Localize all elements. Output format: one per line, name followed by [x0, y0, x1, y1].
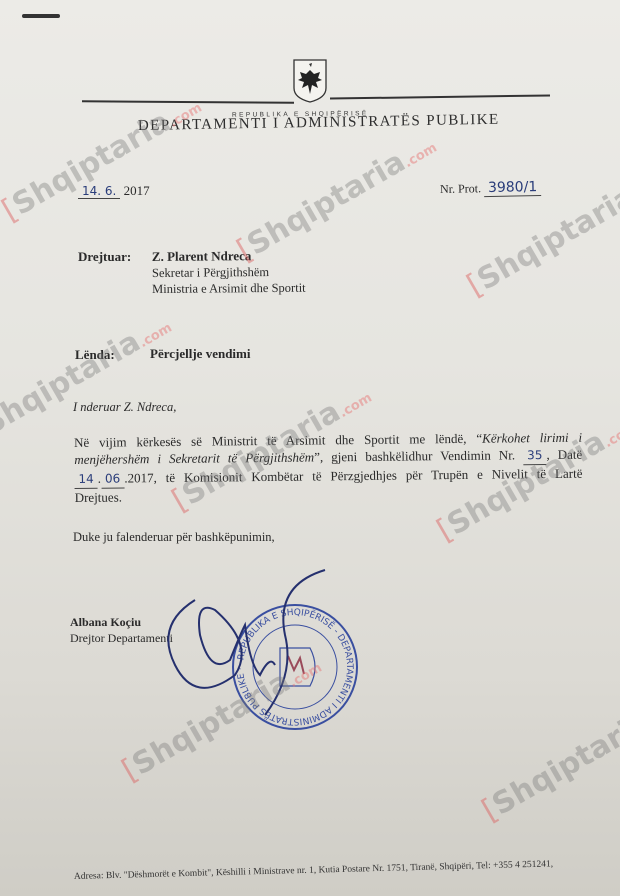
- decision-day: 14: [74, 471, 97, 489]
- signature-icon: [155, 565, 355, 740]
- closing-line: Duke ju falenderuar për bashkëpunimin,: [73, 530, 275, 545]
- body-paragraph: Në vijim kërkesës së Ministrit të Arsimi…: [74, 429, 583, 506]
- signatory-name: Albana Koçiu: [70, 615, 141, 630]
- corner-mark: [22, 14, 60, 18]
- addressee-block: Z. Plarent Ndreca Sekretar i Përgjithshë…: [152, 248, 306, 297]
- body-text: Në vijim kërkesës së Ministrit të Arsimi…: [74, 431, 482, 450]
- body-text: , Datë: [546, 447, 582, 462]
- handwritten-date: 14. 6.: [78, 184, 120, 199]
- addressee-name: Z. Plarent Ndreca: [152, 248, 306, 265]
- coat-of-arms-icon: [292, 58, 328, 104]
- addressee-title: Sekretar i Përgjithshëm: [152, 264, 306, 281]
- body-text: .2017, të Komisionit Kombëtar të Përzgje…: [75, 466, 583, 505]
- date-year: 2017: [124, 183, 150, 198]
- protocol-value: 3980/1: [484, 179, 542, 197]
- protocol-number: Nr. Prot. 3980/1: [440, 179, 542, 198]
- greeting: I nderuar Z. Ndreca,: [73, 400, 176, 415]
- decision-month: 06: [101, 470, 124, 488]
- watermark: [Shqiptaria.com: [0, 307, 177, 449]
- decision-number: 35: [523, 447, 546, 465]
- subject-label: Lënda:: [75, 347, 115, 363]
- watermark: [Shqiptaria.com: [0, 87, 207, 229]
- subject-value: Përcjellje vendimi: [150, 346, 250, 362]
- letter-date: 14. 6. 2017: [78, 183, 150, 199]
- addressee-label: Drejtuar:: [78, 249, 131, 265]
- addressee-organization: Ministria e Arsimit dhe Sportit: [152, 280, 306, 297]
- letter-page: REPUBLIKA E SHQIPËRISË DEPARTAMENTI I AD…: [0, 0, 620, 896]
- header-rule-left: [82, 100, 294, 103]
- department-heading: DEPARTAMENTI I ADMINISTRATËS PUBLIKE: [138, 112, 500, 135]
- watermark: [Shqiptaria.com: [476, 687, 620, 829]
- protocol-label: Nr. Prot.: [440, 181, 481, 196]
- footer-address: Adresa: Blv. "Dëshmorët e Kombit", Këshi…: [74, 859, 553, 882]
- header-rule-right: [330, 94, 550, 99]
- body-text: ”, gjeni bashkëlidhur Vendimin Nr.: [314, 447, 523, 464]
